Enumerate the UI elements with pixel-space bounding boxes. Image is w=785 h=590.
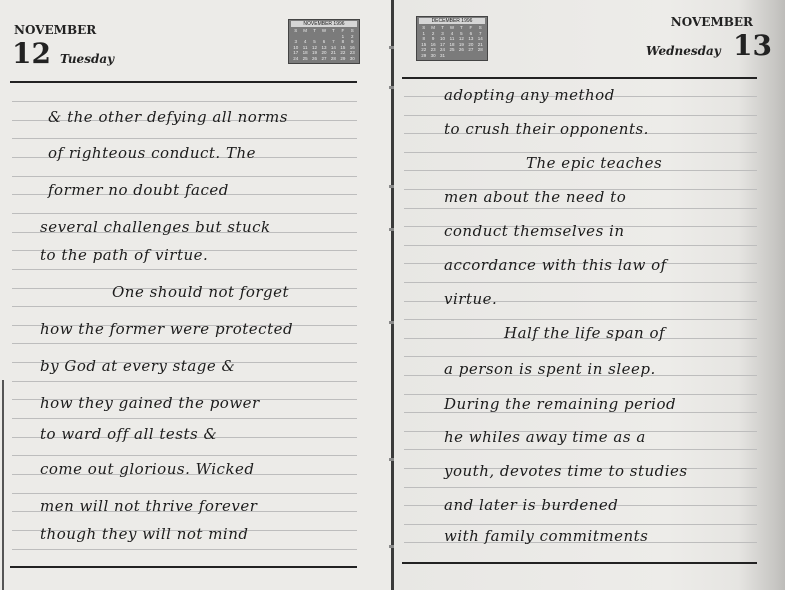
text-line: men will not thrive forever — [40, 497, 257, 515]
text-line: of righteous conduct. The — [48, 144, 256, 162]
calendar-day: 27 — [466, 47, 475, 53]
ruled-line — [12, 306, 357, 307]
calendar-day: 30 — [428, 53, 437, 59]
mini-calendar-november: NOVEMBER 1996 SMTWTFS1234567891011121314… — [288, 19, 360, 64]
text-line: though they will not mind — [40, 525, 249, 543]
text-line: One should not forget — [112, 283, 289, 301]
calendar-day: 29 — [338, 56, 347, 62]
calendar-day: 31 — [438, 53, 447, 59]
mini-calendar-december: DECEMBER 1996 SMTWTFS1234567891011121314… — [416, 16, 488, 61]
calendar-day: 26 — [310, 56, 319, 62]
diary-spread: NOVEMBER 12 Tuesday NOVEMBER 1996 SMTWTF… — [0, 0, 785, 590]
calendar-day: 28 — [476, 47, 485, 53]
text-line: by God at every stage & — [40, 357, 235, 375]
text-line: to the path of virtue. — [40, 246, 208, 264]
calendar-day: 30 — [348, 56, 357, 62]
ruled-line — [12, 493, 357, 494]
ruled-line — [12, 549, 357, 550]
calendar-day: 25 — [447, 47, 456, 53]
text-line: During the remaining period — [444, 395, 676, 413]
ruled-line — [404, 208, 757, 209]
text-line: how the former were protected — [40, 320, 293, 338]
right-month: NOVEMBER — [671, 15, 753, 29]
right-day-name: Wednesday — [646, 44, 721, 58]
ruled-line — [404, 319, 757, 320]
left-day-name: Tuesday — [60, 52, 114, 66]
ruled-line — [404, 449, 757, 450]
ruled-line — [12, 418, 357, 419]
mini-calendar-title: NOVEMBER 1996 — [291, 21, 357, 27]
text-line: conduct themselves in — [444, 222, 625, 240]
page-edge — [2, 380, 4, 590]
text-line: with family commitments — [444, 527, 648, 545]
calendar-day: 25 — [300, 56, 309, 62]
text-line: The epic teaches — [526, 154, 662, 172]
ruled-line — [404, 487, 757, 488]
ruled-line — [404, 152, 757, 153]
text-line: & the other defying all norms — [48, 108, 288, 126]
text-line: to crush their opponents. — [444, 120, 649, 138]
text-line: several challenges but stuck — [40, 218, 271, 236]
mini-calendar-grid: SMTWTFS123456789101112131415161718192021… — [289, 28, 359, 61]
text-line: former no doubt faced — [48, 181, 229, 199]
text-line: come out glorious. Wicked — [40, 460, 255, 478]
ruled-line — [12, 343, 357, 344]
ruled-line — [12, 455, 357, 456]
text-line: virtue. — [444, 290, 497, 308]
ruled-line — [404, 356, 757, 357]
right-page: DECEMBER 1996 SMTWTFS1234567891011121314… — [394, 0, 785, 590]
text-line: he whiles away time as a — [444, 428, 646, 446]
ruled-line — [12, 101, 357, 102]
ruled-line — [12, 138, 357, 139]
footer-rule — [10, 566, 357, 568]
text-line: adopting any method — [444, 86, 615, 104]
calendar-day: 27 — [319, 56, 328, 62]
footer-rule — [402, 562, 757, 564]
mini-calendar-title: DECEMBER 1996 — [419, 18, 485, 24]
text-line: a person is spent in sleep. — [444, 360, 656, 378]
ruled-line — [12, 381, 357, 382]
calendar-day: 24 — [291, 56, 300, 62]
header-rule — [402, 77, 757, 79]
left-month: NOVEMBER — [14, 23, 96, 37]
text-line: youth, devotes time to studies — [444, 462, 688, 480]
ruled-line — [404, 245, 757, 246]
ruled-line — [404, 524, 757, 525]
text-line: how they gained the power — [40, 394, 260, 412]
text-line: accordance with this law of — [444, 256, 667, 274]
calendar-day: 28 — [329, 56, 338, 62]
calendar-day: 29 — [419, 53, 428, 59]
left-day-number: 12 — [12, 40, 51, 68]
text-line: men about the need to — [444, 188, 626, 206]
calendar-day: 26 — [457, 47, 466, 53]
mini-calendar-grid: SMTWTFS123456789101112131415161718192021… — [417, 25, 487, 58]
ruled-line — [12, 176, 357, 177]
text-line: and later is burdened — [444, 496, 618, 514]
ruled-line — [12, 269, 357, 270]
ruled-line — [404, 115, 757, 116]
ruled-line — [12, 213, 357, 214]
right-day-number: 13 — [733, 32, 772, 60]
text-line: Half the life span of — [504, 324, 665, 342]
header-rule — [10, 81, 357, 83]
ruled-line — [404, 282, 757, 283]
left-page: NOVEMBER 12 Tuesday NOVEMBER 1996 SMTWTF… — [0, 0, 392, 590]
text-line: to ward off all tests & — [40, 425, 217, 443]
